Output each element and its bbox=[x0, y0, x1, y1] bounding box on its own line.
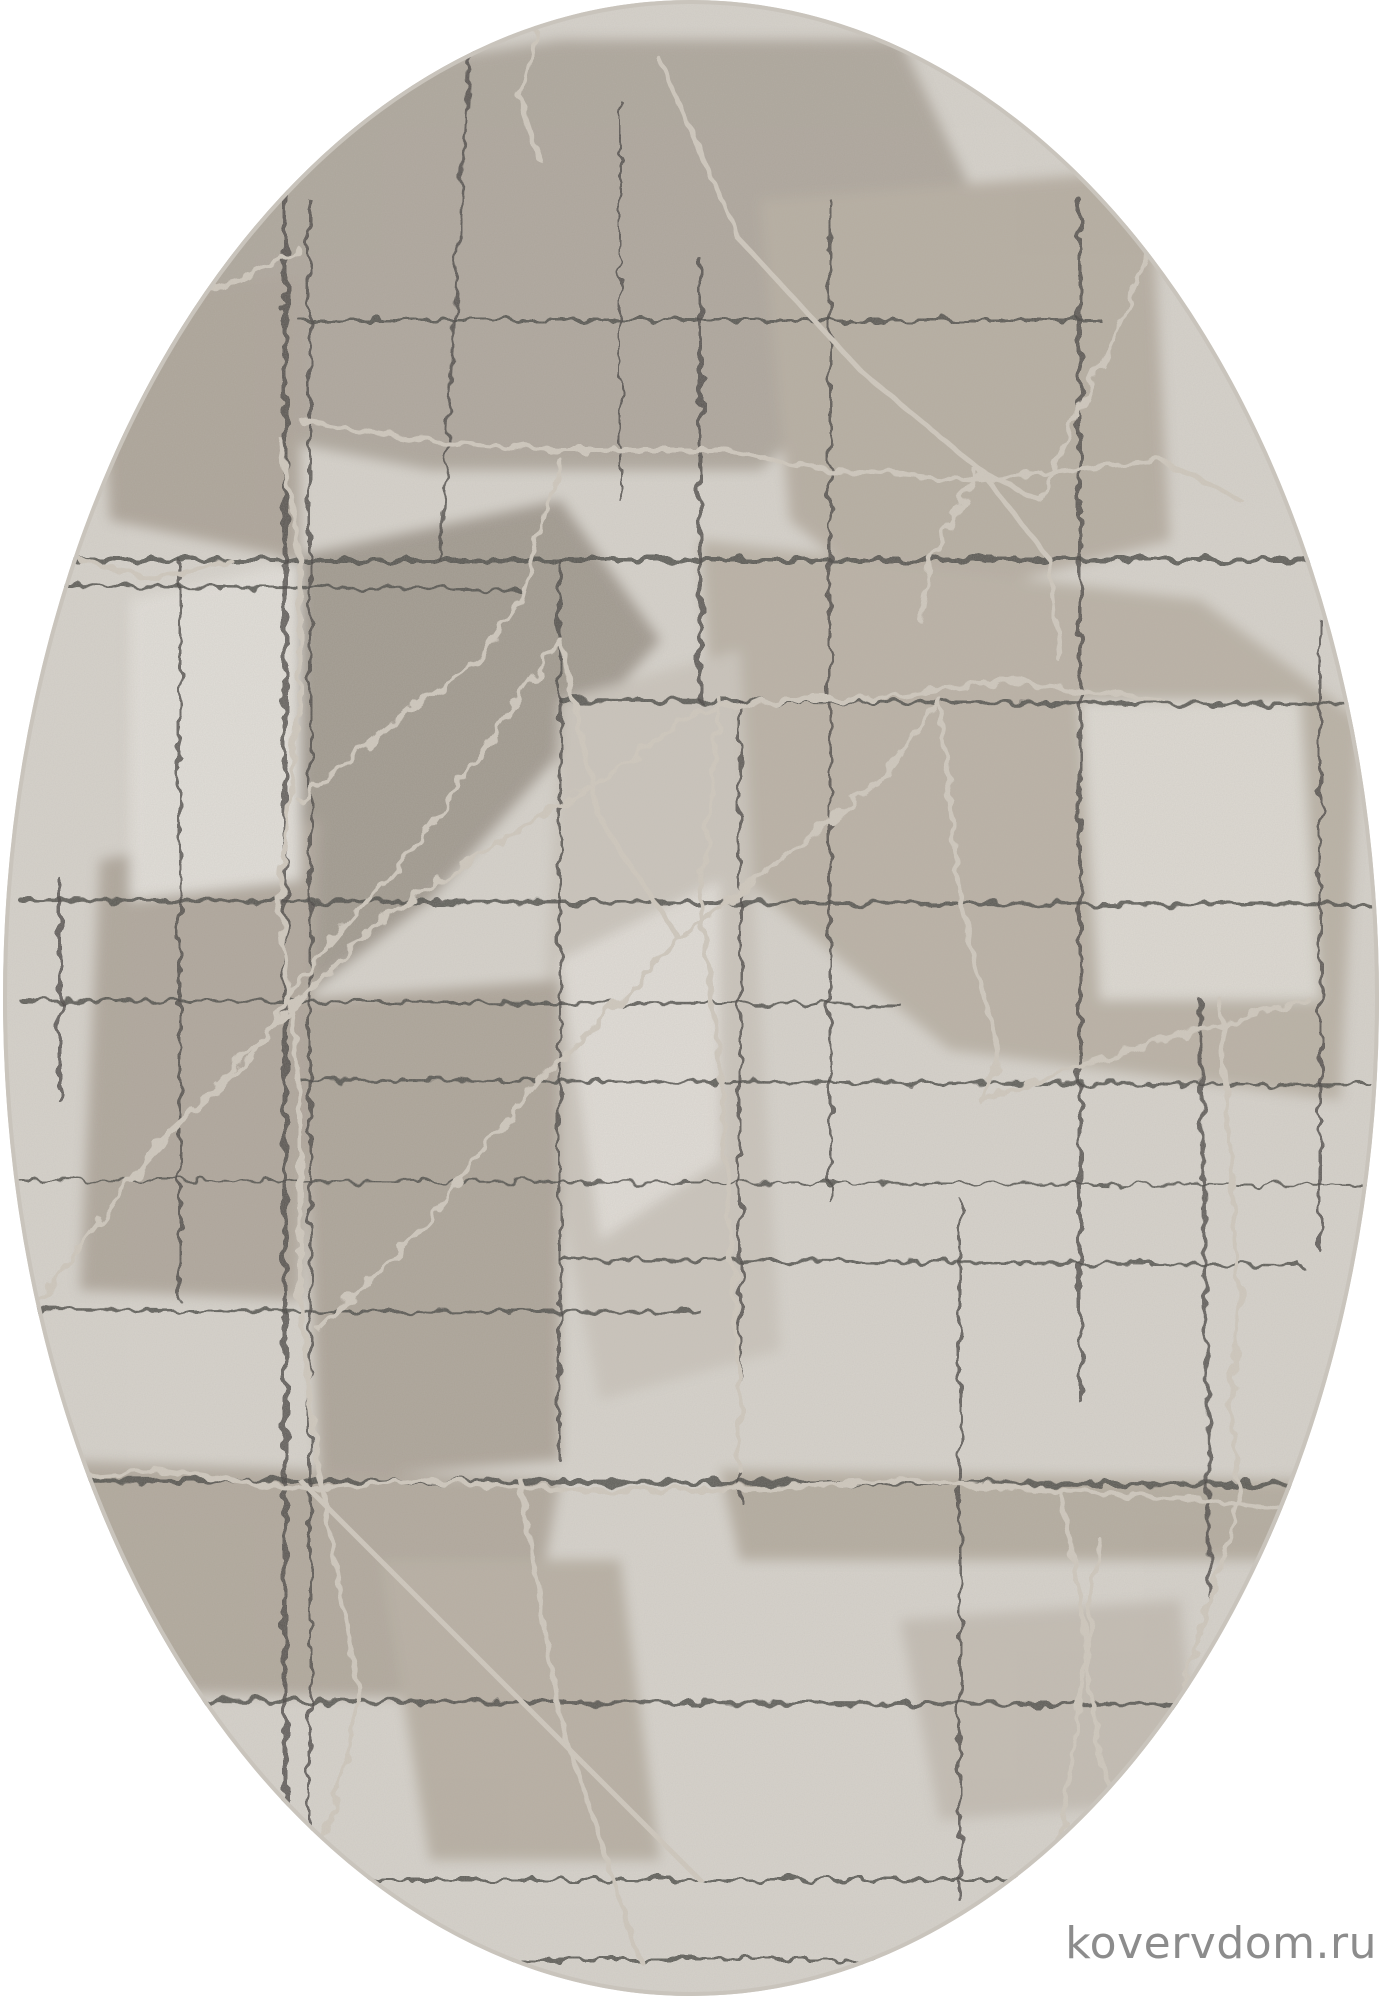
rug-image bbox=[0, 0, 1383, 2000]
watermark-text: kovervdom.ru bbox=[1065, 1922, 1377, 1966]
oval-rug bbox=[0, 0, 1383, 2000]
